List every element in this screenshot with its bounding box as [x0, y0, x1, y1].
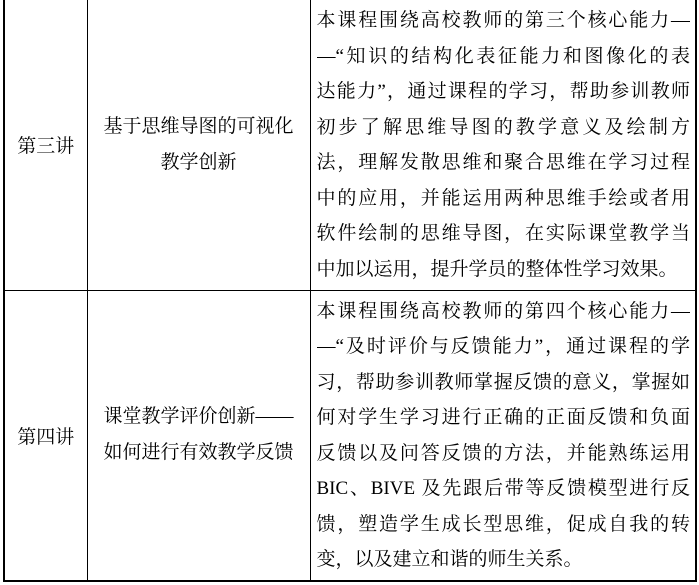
table-row-lecture-3: 第三讲 基于思维导图的可视化 教学创新 本课程围绕高校教师的第三个核心能力— —…: [4, 0, 696, 290]
lecture-title-line: 课堂教学评价创新——: [88, 399, 310, 435]
course-syllabus-table: 第三讲 基于思维导图的可视化 教学创新 本课程围绕高校教师的第三个核心能力— —…: [3, 0, 697, 582]
lecture-title-cell: 基于思维导图的可视化 教学创新: [87, 0, 310, 290]
description-text-line: 初步了解思维导图的教学意义及绘制方: [317, 110, 691, 146]
description-text-line: —“及时评价与反馈能力”，通过课程的学: [317, 329, 691, 365]
lecture-number-label: 第四讲: [5, 422, 87, 449]
description-text-line: 习，帮助参训教师掌握反馈的意义，掌握如: [317, 365, 691, 401]
description-text-line: 达能力”，通过课程的学习，帮助参训教师: [317, 74, 691, 110]
description-text-line: 软件绘制的思维导图，在实际课堂教学当: [317, 216, 691, 252]
description-text-line: 变，以及建立和谐的师生关系。: [317, 542, 691, 578]
lecture-title-cell: 课堂教学评价创新—— 如何进行有效教学反馈: [87, 290, 310, 581]
lecture-number-cell: 第三讲: [4, 0, 87, 290]
description-text-line: 何对学生学习进行正确的正面反馈和负面: [317, 400, 691, 436]
description-text-line: 中加以运用，提升学员的整体性学习效果。: [317, 252, 691, 288]
description-text-line: 本课程围绕高校教师的第四个核心能力—: [317, 294, 691, 330]
description-text-line: —“知识的结构化表征能力和图像化的表: [317, 39, 691, 75]
lecture-title-line: 基于思维导图的可视化: [88, 109, 310, 145]
lecture-number-cell: 第四讲: [4, 290, 87, 581]
description-text-line: BIC、BIVE 及先跟后带等反馈模型进行反: [317, 471, 691, 507]
lecture-description-cell: 本课程围绕高校教师的第三个核心能力— —“知识的结构化表征能力和图像化的表 达能…: [310, 0, 696, 290]
description-text-line: 法，理解发散思维和聚合思维在学习过程: [317, 145, 691, 181]
lecture-number-label: 第三讲: [5, 131, 87, 158]
lecture-title-line: 教学创新: [88, 145, 310, 181]
description-text-line: 反馈以及问答反馈的方法，并能熟练运用: [317, 436, 691, 472]
description-text-line: 馈，塑造学生成长型思维，促成自我的转: [317, 507, 691, 543]
description-text-line: 本课程围绕高校教师的第三个核心能力—: [317, 3, 691, 39]
description-text-line: 中的应用，并能运用两种思维手绘或者用: [317, 181, 691, 217]
table-row-lecture-4: 第四讲 课堂教学评价创新—— 如何进行有效教学反馈 本课程围绕高校教师的第四个核…: [4, 290, 696, 581]
lecture-title-line: 如何进行有效教学反馈: [88, 435, 310, 471]
lecture-description-cell: 本课程围绕高校教师的第四个核心能力— —“及时评价与反馈能力”，通过课程的学 习…: [310, 290, 696, 581]
